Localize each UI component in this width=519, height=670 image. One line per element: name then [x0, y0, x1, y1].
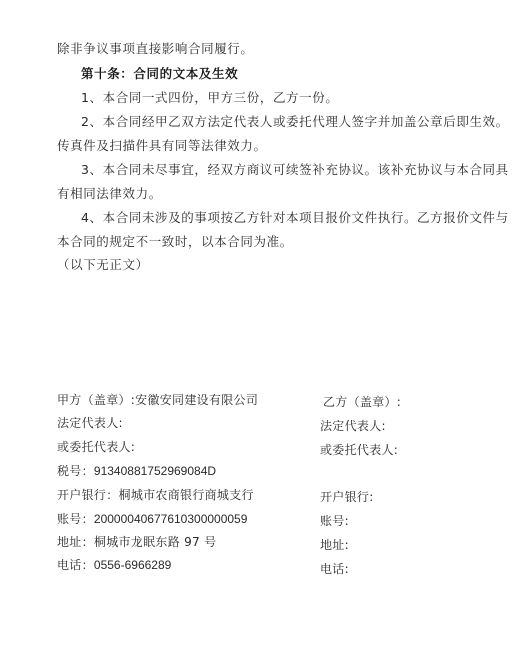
- account-value: 20000040677610300000059: [94, 512, 248, 526]
- party-b-legal-rep: 法定代表人:: [320, 418, 386, 434]
- article-heading: 第十条：合同的文本及生效: [81, 66, 238, 82]
- tax-id-label: 税号：: [57, 464, 94, 478]
- party-a-address: 地址：桐城市龙眠东路 97 号: [57, 534, 216, 550]
- clause-3-line-2: 有相同法律效力。: [57, 186, 162, 202]
- party-b-phone: 电话:: [320, 561, 349, 577]
- party-b-seal: 乙方（盖章）:: [323, 394, 401, 410]
- party-b-bank: 开户银行:: [320, 489, 374, 505]
- clause-2-line-2: 传真件及扫描件具有同等法律效力。: [57, 138, 267, 154]
- clause-2-line-1: 2、本合同经甲乙双方法定代表人或委托代理人签字并加盖公章后即生效。: [81, 114, 509, 130]
- party-a-phone: 电话：0556-6966289: [57, 557, 171, 573]
- clause-4-line-1: 4、本合同未涉及的事项按乙方针对本项目报价文件执行。乙方报价文件与: [81, 210, 509, 226]
- party-a-legal-rep: 法定代表人:: [57, 415, 123, 431]
- bank-value: 桐城市农商银行商城支行: [119, 488, 254, 502]
- end-of-text-note: （以下无正文）: [57, 257, 149, 273]
- address-label: 地址：: [57, 535, 94, 549]
- clause-4-line-2: 本合同的规定不一致时，以本合同为准。: [57, 234, 293, 250]
- account-label: 账号：: [57, 512, 94, 526]
- paragraph-continuation: 除非争议事项直接影响合同履行。: [57, 41, 254, 57]
- party-a-bank: 开户银行：桐城市农商银行商城支行: [57, 487, 254, 503]
- party-a-seal-label: 甲方（盖章）:: [57, 393, 135, 407]
- party-b-account: 账号:: [320, 513, 349, 529]
- phone-label: 电话：: [57, 558, 94, 572]
- party-b-address: 地址:: [320, 537, 349, 553]
- party-a-seal: 甲方（盖章）:安徽安同建设有限公司: [57, 392, 258, 408]
- phone-value: 0556-6966289: [94, 558, 171, 572]
- party-a-agent: 或委托代表人:: [57, 439, 135, 455]
- address-value: 桐城市龙眠东路 97 号: [94, 535, 217, 549]
- party-a-company: 安徽安同建设有限公司: [135, 393, 258, 407]
- clause-3-line-1: 3、本合同未尽事宜，经双方商议可续签补充协议。该补充协议与本合同具: [81, 162, 509, 178]
- party-b-agent: 或委托代表人:: [320, 442, 398, 458]
- bank-label: 开户银行：: [57, 488, 119, 502]
- clause-1: 1、本合同一式四份，甲方三份，乙方一份。: [81, 90, 338, 106]
- party-a-tax-id: 税号：91340881752969084D: [57, 463, 216, 479]
- tax-id-value: 91340881752969084D: [94, 464, 216, 478]
- party-a-account: 账号：20000040677610300000059: [57, 511, 247, 527]
